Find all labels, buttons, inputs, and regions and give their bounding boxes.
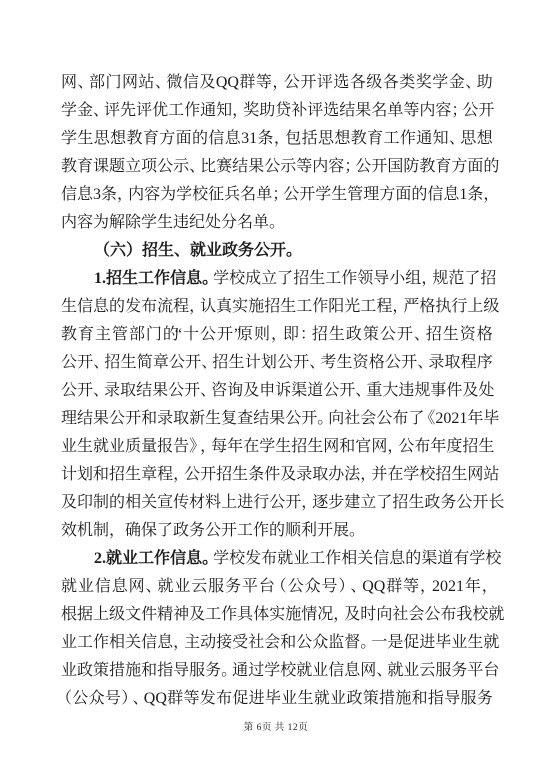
text-line: 2.就业工作信息。学校发布就业工作相关信息的渠道有学校 xyxy=(61,545,493,573)
text-line: 学生思想教育方面的信息31条，包括思想教育工作通知、思想 xyxy=(61,125,493,153)
text-line: 业工作相关信息，主动接受社会和公众监督。一是促进毕业生就 xyxy=(61,629,493,657)
text-line: 内容为解除学生违纪处分名单。 xyxy=(61,209,493,237)
text-line: 公开、录取结果公开、咨询及申诉渠道公开、重大违规事件及处 xyxy=(61,377,493,405)
document-body: 网、部门网站、微信及QQ群等，公开评选各级各类奖学金、助学金、评先评优工作通知，… xyxy=(61,69,493,713)
text-line: 信息3条，内容为学校征兵名单；公开学生管理方面的信息1条， xyxy=(61,181,493,209)
text-line: 理结果公开和录取新生复查结果公开。向社会公布了《2021年毕 xyxy=(61,405,493,433)
page-number-indicator: 第 6页 共 12页 xyxy=(244,723,308,733)
text-line: 业政策措施和指导服务。通过学校就业信息网、就业云服务平台 xyxy=(61,657,493,685)
text-line: 生信息的发布流程，认真实施招生工作阳光工程，严格执行上级 xyxy=(61,293,493,321)
text-line: 就业信息网、就业云服务平台（公众号）、QQ群等，2021年， xyxy=(61,573,493,601)
text-line: 1.招生工作信息。学校成立了招生工作领导小组，规范了招 xyxy=(61,265,493,293)
page-footer: 第 6页 共 12页 xyxy=(0,719,552,733)
text-line: 业生就业质量报告》，每年在学生招生网和官网，公布年度招生 xyxy=(61,433,493,461)
text-line: 网、部门网站、微信及QQ群等，公开评选各级各类奖学金、助 xyxy=(61,69,493,97)
text-line: 及印制的相关宣传材料上进行公开，逐步建立了招生政务公开长 xyxy=(61,489,493,517)
document-page: 网、部门网站、微信及QQ群等，公开评选各级各类奖学金、助学金、评先评优工作通知，… xyxy=(0,0,552,783)
text-line: 教育课题立项公示、比赛结果公示等内容；公开国防教育方面的 xyxy=(61,153,493,181)
text-line: 计划和招生章程，公开招生条件及录取办法，并在学校招生网站 xyxy=(61,461,493,489)
text-line: 公开、招生简章公开、招生计划公开、考生资格公开、录取程序 xyxy=(61,349,493,377)
text-line: （公众号）、QQ群等发布促进毕业生就业政策措施和指导服务 xyxy=(61,685,493,713)
text-line: 根据上级文件精神及工作具体实施情况，及时向社会公布我校就 xyxy=(61,601,493,629)
text-line: 效机制，确保了政务公开工作的顺利开展。 xyxy=(61,517,493,545)
text-line: 教育主管部门的“十公开”原则，即：招生政策公开、招生资格 xyxy=(61,321,493,349)
section-heading-six: （六）招生、就业政务公开。 xyxy=(61,237,493,265)
text-line: 学金、评先评优工作通知，奖助贷补评选结果名单等内容；公开 xyxy=(61,97,493,125)
